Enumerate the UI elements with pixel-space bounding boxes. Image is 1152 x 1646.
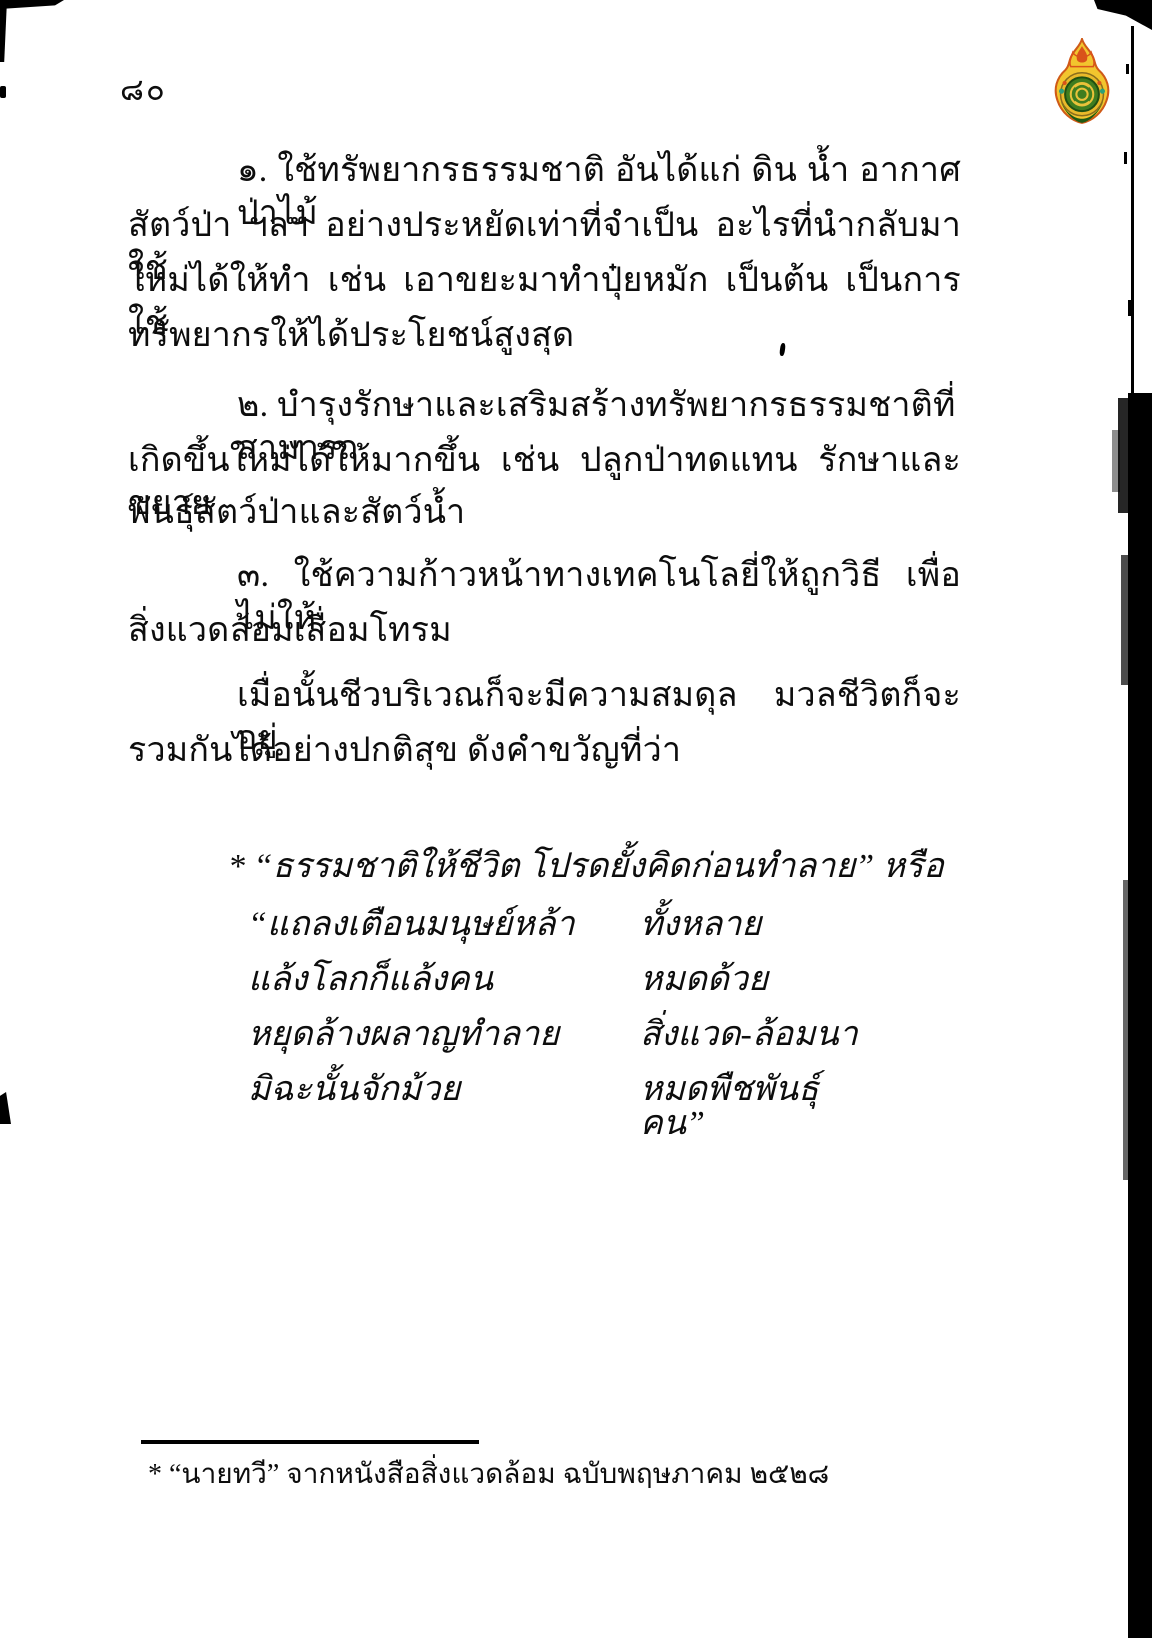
slogan-quote: * “ธรรมชาติให้ชีวิต โปรดยั้งคิดก่อนทำลาย… xyxy=(228,838,944,892)
poem-row: หยุดล้างผลาญทำลาย สิ่งแวด-ล้อมนา xyxy=(248,1018,868,1073)
body-text-line: พันธุ์สัตว์ป่าและสัตว์น้ำ xyxy=(128,492,961,535)
body-text-line: สิ่งแวดล้อมเสื่อมโทรม xyxy=(128,610,961,653)
scan-artifact-right-band-ragged-edge xyxy=(1121,555,1129,685)
poem-hemistich-right: หมดพืชพันธุ์คน” xyxy=(640,1073,868,1141)
scan-artifact-right-black-band xyxy=(1128,393,1152,1638)
ministry-of-education-seal-icon xyxy=(1050,38,1114,128)
scan-artifact-right-speck xyxy=(1124,152,1127,164)
poem-hemistich-right: ทั้งหลาย xyxy=(640,908,761,942)
poem-row: “แถลงเตือนมนุษย์หล้า ทั้งหลาย xyxy=(248,908,868,963)
scan-artifact-left-speck xyxy=(0,86,6,98)
scan-artifact-left-edge-triangle xyxy=(0,1092,11,1124)
scan-artifact-right-band-ragged-edge xyxy=(1112,430,1120,492)
poem-hemistich-left: หยุดล้างผลาญทำลาย xyxy=(248,1018,559,1052)
poem-hemistich-right: หมดด้วย xyxy=(640,963,768,997)
poem-hemistich-left: มิฉะนั้นจักม้วย xyxy=(248,1073,460,1107)
poem-hemistich-left: แล้งโลกก็แล้งคน xyxy=(248,963,493,997)
body-text-line: รวมกันได้อย่างปกติสุข ดังคำขวัญที่ว่า xyxy=(128,730,961,773)
footnote-divider xyxy=(141,1440,479,1444)
scan-artifact-top-left-vertical xyxy=(0,0,7,62)
body-text-line: ทรัพยากรให้ได้ประโยชน์สูงสุด xyxy=(128,315,961,358)
scan-artifact-right-thin-line xyxy=(1131,26,1134,394)
scan-artifact-right-band-ragged-edge xyxy=(1123,880,1129,1180)
seal-graphic xyxy=(1050,38,1114,128)
poem-hemistich-left: “แถลงเตือนมนุษย์หล้า xyxy=(248,908,575,942)
scan-artifact-top-left-horizontal xyxy=(0,0,64,9)
poem-row: แล้งโลกก็แล้งคน หมดด้วย xyxy=(248,963,868,1018)
scan-artifact-right-speck xyxy=(1128,300,1131,316)
scan-artifact-top-right-wedge xyxy=(1094,0,1152,30)
scanned-book-page: { "page_number": "๘๐", "body": { "para1"… xyxy=(0,0,1152,1646)
scan-artifact-right-speck xyxy=(1126,64,1129,74)
footnote-text: * “นายทวี” จากหนังสือสิ่งแวดล้อม ฉบับพฤษ… xyxy=(148,1452,829,1496)
poem-row: มิฉะนั้นจักม้วย หมดพืชพันธุ์คน” xyxy=(248,1073,868,1128)
page-number: ๘๐ xyxy=(120,64,167,114)
poem-hemistich-right: สิ่งแวด-ล้อมนา xyxy=(640,1018,858,1052)
poem-block: “แถลงเตือนมนุษย์หล้า ทั้งหลาย แล้งโลกก็แ… xyxy=(248,908,868,1128)
